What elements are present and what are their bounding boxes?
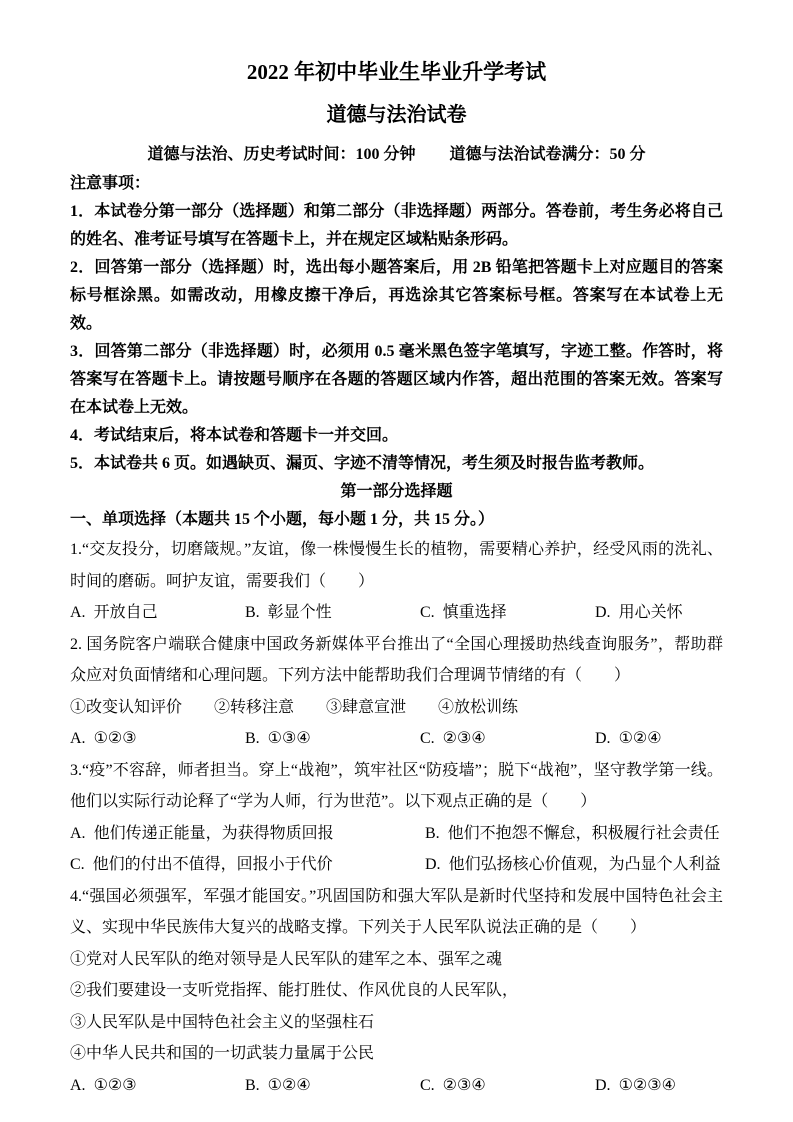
question-4-option-b: B.①②④	[245, 1070, 420, 1102]
question-2-option-c: C.②③④	[420, 723, 595, 755]
option-text: ①②④	[268, 1077, 311, 1094]
question-1-option-b: B.彰显个性	[245, 597, 420, 629]
option-label: C.	[70, 849, 85, 881]
question-3-option-a: A.他们传递正能量，为获得物质回报	[70, 818, 425, 850]
option-text: 用心关怀	[619, 604, 683, 621]
exam-subtitle: 道德与法治试卷	[70, 102, 723, 128]
question-2-subitem-4: ④放松训练	[438, 692, 518, 724]
question-3: 3.“疫”不容辞，师者担当。穿上“战袍”，筑牢社区“防疫墙”；脱下“战袍”，坚守…	[70, 755, 723, 881]
option-text: 他们不抱怨不懈怠，积极履行社会责任	[448, 825, 720, 842]
question-1-options: A.开放自己 B.彰显个性 C.慎重选择 D.用心关怀	[70, 597, 723, 629]
notice-item-3: 3．回答第二部分（非选择题）时，必须用 0.5 毫米黑色签字笔填写，字迹工整。作…	[70, 338, 723, 422]
option-label: C.	[420, 597, 435, 629]
option-text: 慎重选择	[443, 604, 507, 621]
question-3-option-d: D.他们弘扬核心价值观，为凸显个人利益	[425, 849, 723, 881]
part-title: 第一部分选择题	[70, 478, 723, 506]
question-1: 1.“交友投分，切磨箴规。”友谊，像一株慢慢生长的植物，需要精心养护，经受风雨的…	[70, 534, 723, 629]
option-text: 他们的付出不值得，回报小于代价	[93, 856, 333, 873]
question-1-option-a: A.开放自己	[70, 597, 245, 629]
exam-info-line: 道德与法治、历史考试时间：100 分钟 道德与法治试卷满分：50 分	[70, 142, 723, 168]
option-label: B.	[245, 1070, 260, 1102]
question-2-subitem-2: ②转移注意	[214, 692, 294, 724]
questions-list: 1.“交友投分，切磨箴规。”友谊，像一株慢慢生长的植物，需要精心养护，经受风雨的…	[70, 534, 723, 1101]
question-4-subitem-2: ②我们要建设一支听党指挥、能打胜仗、作风优良的人民军队，	[70, 975, 723, 1007]
exam-title: 2022 年初中毕业生毕业升学考试	[70, 58, 723, 86]
question-1-option-c: C.慎重选择	[420, 597, 595, 629]
option-text: 他们传递正能量，为获得物质回报	[94, 825, 334, 842]
option-label: B.	[245, 723, 260, 755]
question-4-subitem-3: ③人民军队是中国特色社会主义的坚强柱石	[70, 1007, 723, 1039]
option-text: 他们弘扬核心价值观，为凸显个人利益	[449, 856, 721, 873]
exam-time-info: 道德与法治、历史考试时间：100 分钟	[147, 142, 415, 168]
question-4-option-c: C.②③④	[420, 1070, 595, 1102]
option-label: D.	[595, 1070, 611, 1102]
option-text: ①③④	[268, 730, 311, 747]
option-label: D.	[425, 849, 441, 881]
option-text: ②③④	[443, 1077, 486, 1094]
option-label: A.	[70, 597, 86, 629]
question-2-option-b: B.①③④	[245, 723, 420, 755]
exam-paper-page: 2022 年初中毕业生毕业升学考试 道德与法治试卷 道德与法治、历史考试时间：1…	[0, 0, 793, 1122]
option-label: B.	[425, 818, 440, 850]
question-1-option-d: D.用心关怀	[595, 597, 723, 629]
question-2-subitem-3: ③肆意宣泄	[326, 692, 406, 724]
option-label: C.	[420, 1070, 435, 1102]
question-4-subitem-4: ④中华人民共和国的一切武装力量属于公民	[70, 1038, 723, 1070]
question-3-options: A.他们传递正能量，为获得物质回报 B.他们不抱怨不懈怠，积极履行社会责任 C.…	[70, 818, 723, 881]
question-1-stem: 1.“交友投分，切磨箴规。”友谊，像一株慢慢生长的植物，需要精心养护，经受风雨的…	[70, 534, 723, 597]
option-label: A.	[70, 818, 86, 850]
question-3-option-b: B.他们不抱怨不懈怠，积极履行社会责任	[425, 818, 723, 850]
option-label: D.	[595, 597, 611, 629]
question-4-option-a: A.①②③	[70, 1070, 245, 1102]
question-2-option-a: A.①②③	[70, 723, 245, 755]
question-2-subitem-1: ①改变认知评价	[70, 692, 182, 724]
question-2: 2. 国务院客户端联合健康中国政务新媒体平台推出了“全国心理援助热线查询服务”，…	[70, 629, 723, 755]
question-4: 4.“强国必须强军，军强才能国安。”巩固国防和强大军队是新时代坚持和发展中国特色…	[70, 881, 723, 1102]
notice-item-1: 1．本试卷分第一部分（选择题）和第二部分（非选择题）两部分。答卷前，考生务必将自…	[70, 198, 723, 254]
section-heading: 一、单项选择（本题共 15 个小题，每小题 1 分，共 15 分。）	[70, 506, 723, 534]
option-text: 开放自己	[94, 604, 158, 621]
question-4-stem: 4.“强国必须强军，军强才能国安。”巩固国防和强大军队是新时代坚持和发展中国特色…	[70, 881, 723, 944]
question-4-options: A.①②③ B.①②④ C.②③④ D.①②③④	[70, 1070, 723, 1102]
option-label: D.	[595, 723, 611, 755]
option-label: A.	[70, 1070, 86, 1102]
question-4-subitem-1: ①党对人民军队的绝对领导是人民军队的建军之本、强军之魂	[70, 944, 723, 976]
question-3-stem: 3.“疫”不容辞，师者担当。穿上“战袍”，筑牢社区“防疫墙”；脱下“战袍”，坚守…	[70, 755, 723, 818]
question-2-subitems: ①改变认知评价 ②转移注意 ③肆意宣泄 ④放松训练	[70, 692, 723, 724]
notice-item-4: 4．考试结束后，将本试卷和答题卡一并交回。	[70, 422, 723, 450]
question-2-stem: 2. 国务院客户端联合健康中国政务新媒体平台推出了“全国心理援助热线查询服务”，…	[70, 629, 723, 692]
option-label: B.	[245, 597, 260, 629]
option-label: A.	[70, 723, 86, 755]
question-2-options: A.①②③ B.①③④ C.②③④ D.①②④	[70, 723, 723, 755]
question-2-option-d: D.①②④	[595, 723, 723, 755]
option-text: ②③④	[443, 730, 486, 747]
notice-heading: 注意事项：	[70, 170, 723, 198]
option-text: ①②③	[94, 730, 137, 747]
option-text: 彰显个性	[268, 604, 332, 621]
option-label: C.	[420, 723, 435, 755]
option-text: ①②④	[619, 730, 662, 747]
question-4-option-d: D.①②③④	[595, 1070, 723, 1102]
notice-item-5: 5．本试卷共 6 页。如遇缺页、漏页、字迹不清等情况，考生须及时报告监考教师。	[70, 450, 723, 478]
question-3-option-c: C.他们的付出不值得，回报小于代价	[70, 849, 425, 881]
option-text: ①②③④	[619, 1077, 676, 1094]
notice-item-2: 2．回答第一部分（选择题）时，选出每小题答案后，用 2B 铅笔把答题卡上对应题目…	[70, 254, 723, 338]
notice-section: 注意事项： 1．本试卷分第一部分（选择题）和第二部分（非选择题）两部分。答卷前，…	[70, 170, 723, 478]
option-text: ①②③	[94, 1077, 137, 1094]
exam-score-info: 道德与法治试卷满分：50 分	[450, 142, 646, 168]
